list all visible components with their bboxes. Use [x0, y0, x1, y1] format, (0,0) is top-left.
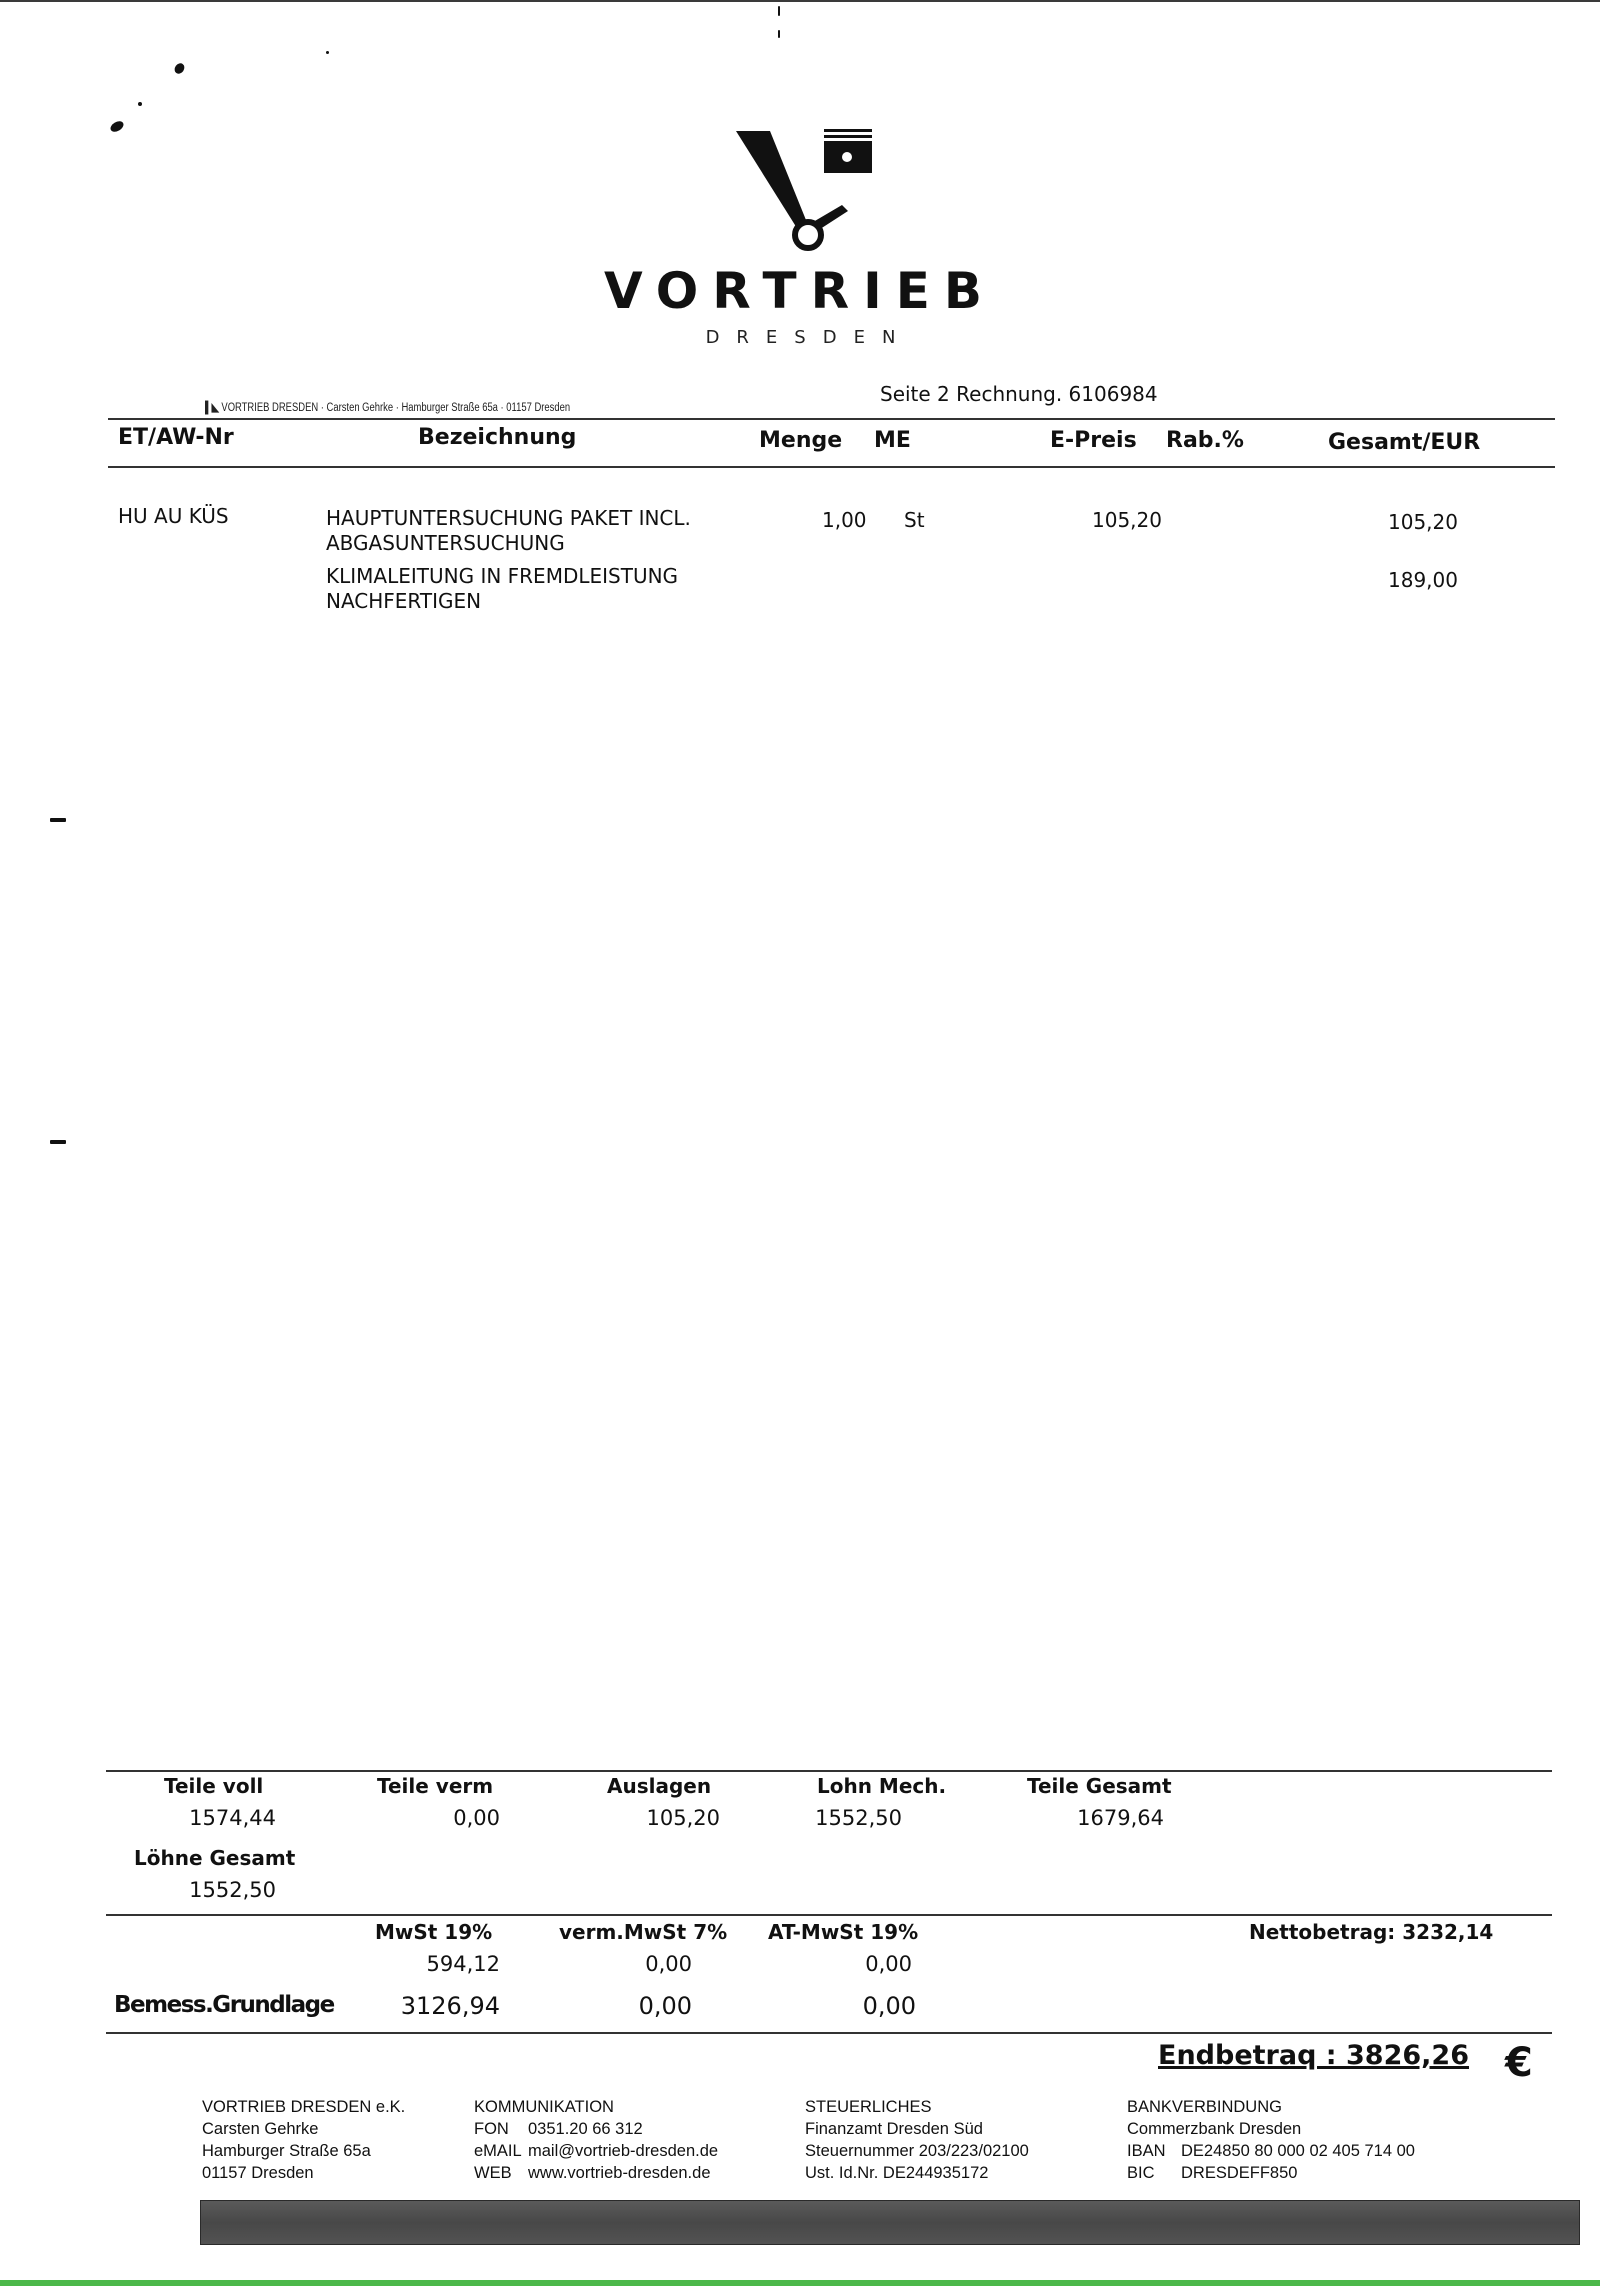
row-description: KLIMALEITUNG IN FREMDLEISTUNG NACHFERTIG… — [326, 564, 678, 614]
footer-line: VORTRIEB DRESDEN e.K. — [202, 2096, 405, 2118]
row-nr: HU AU KÜS — [118, 504, 229, 528]
phone-number: 0351.20 66 312 — [528, 2120, 643, 2138]
logo-small-icon: ▌◣ — [205, 400, 219, 414]
lohn-mech-value: 1552,50 — [800, 1806, 902, 1830]
footer-steuer: STEUERLICHES Finanzamt Dresden Süd Steue… — [805, 2096, 1029, 2184]
scan-speck — [173, 61, 187, 75]
email-label: eMAIL — [474, 2140, 528, 2162]
mwst19-base: 3126,94 — [390, 1992, 500, 2020]
teile-voll-value: 1574,44 — [160, 1806, 276, 1830]
verm-mwst7-base: 0,00 — [600, 1992, 692, 2020]
nettobetrag: Nettobetrag: 3232,14 — [1249, 1920, 1493, 1944]
col-header-nr: ET/AW-Nr — [118, 425, 234, 450]
euro-icon: € — [1505, 2040, 1533, 2086]
website-link[interactable]: www.vortrieb-dresden.de — [528, 2164, 711, 2182]
footer-company: VORTRIEB DRESDEN e.K. Carsten Gehrke Ham… — [202, 2096, 405, 2184]
auslagen-value: 105,20 — [600, 1806, 720, 1830]
iban-value: DE24850 80 000 02 405 714 00 — [1181, 2142, 1415, 2160]
footer-dark-bar — [200, 2200, 1580, 2245]
footer-section-title: BANKVERBINDUNG — [1127, 2096, 1415, 2118]
footer-line: Hamburger Straße 65a — [202, 2140, 405, 2162]
row-me: St — [904, 508, 925, 532]
scan-speck — [50, 1140, 66, 1144]
footer-line: Carsten Gehrke — [202, 2118, 405, 2140]
verm-mwst7-label: verm.MwSt 7% — [559, 1920, 727, 1944]
row-description-line: KLIMALEITUNG IN FREMDLEISTUNG — [326, 564, 678, 589]
scan-speck — [109, 119, 126, 134]
footer-bank: BANKVERBINDUNG Commerzbank Dresden IBAND… — [1127, 2096, 1415, 2184]
web-label: WEB — [474, 2162, 528, 2184]
iban-label: IBAN — [1127, 2140, 1181, 2162]
endbetrag-total: Endbetraq : 3826,26 — [1158, 2040, 1469, 2071]
phone-label: FON — [474, 2118, 528, 2140]
scan-top-edge — [0, 0, 1600, 2]
col-header-epreis: E-Preis — [1050, 428, 1137, 453]
loehne-gesamt-value: 1552,50 — [160, 1878, 276, 1902]
lohn-mech-label: Lohn Mech. — [817, 1774, 946, 1798]
scan-speck — [138, 102, 142, 106]
brand-subtitle: DRESDEN — [600, 327, 1018, 348]
footer-line: Finanzamt Dresden Süd — [805, 2118, 1029, 2140]
row-gesamt: 105,20 — [1388, 510, 1458, 534]
mwst19-amount: 594,12 — [400, 1952, 500, 1976]
col-header-gesamt: Gesamt/EUR — [1328, 430, 1480, 455]
summary-mid-rule — [106, 1914, 1552, 1916]
footer-section-title: KOMMUNIKATION — [474, 2096, 718, 2118]
footer-kommunikation: KOMMUNIKATION FON0351.20 66 312 eMAILmai… — [474, 2096, 718, 2184]
email-link[interactable]: mail@vortrieb-dresden.de — [528, 2142, 718, 2160]
col-header-bezeichnung: Bezeichnung — [418, 425, 576, 450]
footer-line: Steuernummer 203/223/02100 — [805, 2140, 1029, 2162]
bic-label: BIC — [1127, 2162, 1181, 2184]
scan-speck — [778, 6, 780, 16]
footer-section-title: STEUERLICHES — [805, 2096, 1029, 2118]
summary-top-rule — [106, 1770, 1552, 1772]
at-mwst19-label: AT-MwSt 19% — [768, 1920, 918, 1944]
row-menge: 1,00 — [822, 508, 867, 532]
sender-rule — [108, 418, 1555, 420]
mwst19-label: MwSt 19% — [375, 1920, 492, 1944]
page-invoice-info: Seite 2 Rechnung. 6106984 — [880, 382, 1158, 406]
sender-address-line: ▌◣VORTRIEB DRESDEN · Carsten Gehrke · Ha… — [205, 400, 570, 414]
sender-address-text: VORTRIEB DRESDEN · Carsten Gehrke · Hamb… — [221, 402, 570, 414]
piston-connecting-rod-icon — [730, 125, 880, 260]
teile-verm-value: 0,00 — [400, 1806, 500, 1830]
footer-line: 01157 Dresden — [202, 2162, 405, 2184]
auslagen-label: Auslagen — [607, 1774, 711, 1798]
col-header-menge: Menge — [759, 428, 842, 453]
bemessungsgrundlage-label: Bemess.Grundlage — [114, 1992, 334, 2018]
scan-speck — [50, 818, 66, 822]
bank-name: Commerzbank Dresden — [1127, 2118, 1415, 2140]
row-description: HAUPTUNTERSUCHUNG PAKET INCL. ABGASUNTER… — [326, 506, 691, 556]
teile-verm-label: Teile verm — [377, 1774, 493, 1798]
col-header-me: ME — [874, 428, 911, 453]
brand-name: VORTRIEB — [600, 262, 1000, 320]
header-rule — [108, 466, 1555, 468]
scan-speck — [326, 51, 329, 54]
bic-value: DRESDEFF850 — [1181, 2164, 1297, 2182]
tax-bottom-rule — [106, 2032, 1552, 2034]
row-description-line: HAUPTUNTERSUCHUNG PAKET INCL. — [326, 506, 691, 531]
row-description-line: NACHFERTIGEN — [326, 589, 678, 614]
col-header-rabatt: Rab.% — [1166, 428, 1244, 453]
at-mwst19-base: 0,00 — [800, 1992, 916, 2020]
teile-voll-label: Teile voll — [164, 1774, 263, 1798]
scan-speck — [778, 30, 780, 38]
row-description-line: ABGASUNTERSUCHUNG — [326, 531, 691, 556]
bottom-green-border — [0, 2280, 1600, 2286]
verm-mwst7-amount: 0,00 — [600, 1952, 692, 1976]
footer-line: Ust. Id.Nr. DE244935172 — [805, 2162, 1029, 2184]
teile-gesamt-value: 1679,64 — [1000, 1806, 1164, 1830]
row-gesamt: 189,00 — [1388, 568, 1458, 592]
loehne-gesamt-label: Löhne Gesamt — [134, 1846, 295, 1870]
row-epreis: 105,20 — [1092, 508, 1162, 532]
at-mwst19-amount: 0,00 — [800, 1952, 912, 1976]
teile-gesamt-label: Teile Gesamt — [1027, 1774, 1172, 1798]
